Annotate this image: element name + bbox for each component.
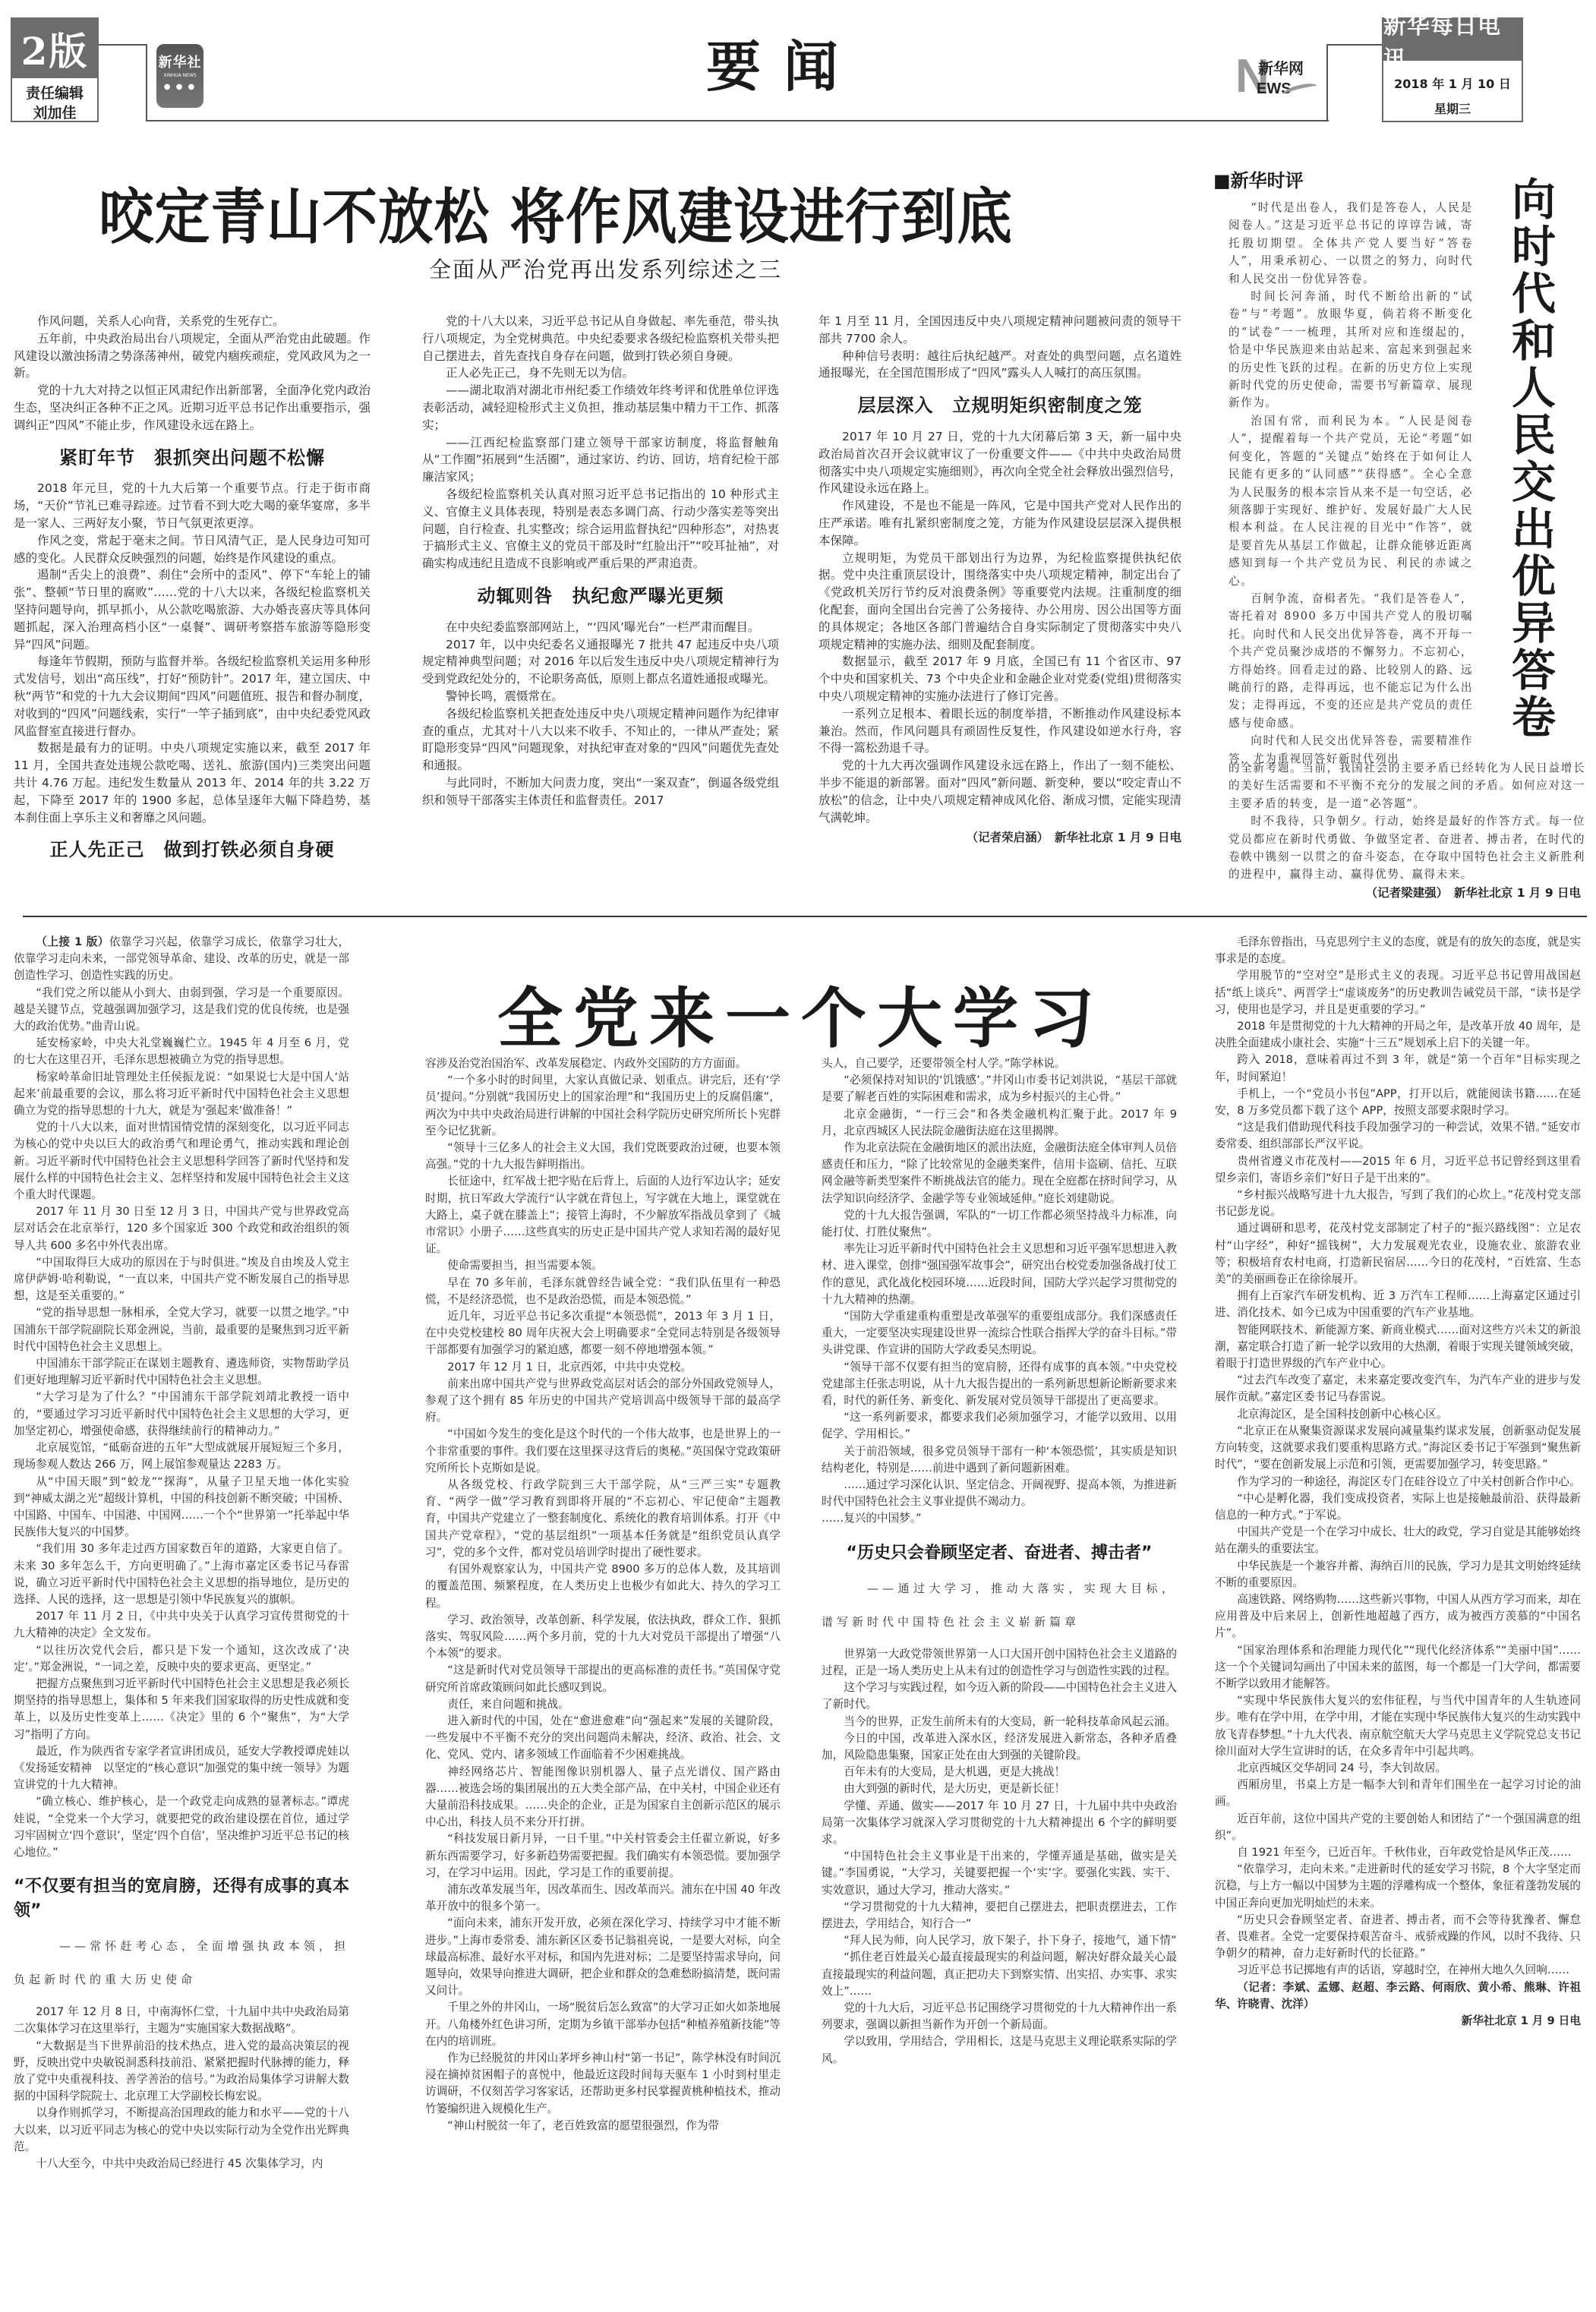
xinhuanet-logo: N 新华网 EWS	[1235, 53, 1319, 100]
masthead-rule	[1326, 44, 1383, 46]
paragraph: 每逢年节假期，预防与监督并举。各级纪检监察机关运用多种形式发信号，划出“高压线”…	[14, 653, 371, 740]
byline: （记者梁建强） 新华社北京 1 月 9 日电	[1366, 884, 1581, 901]
paragraph: “历史只会眷顾坚定者、奋进者、搏击者，而不会等待犹豫者、懈怠者、畏难者。全党一定…	[1215, 1912, 1581, 1963]
paragraph: 学习、政治领导，改革创新、科学发展，依法执政，群众工作、狠抓落实、驾驭风险……两…	[425, 1612, 781, 1663]
paragraph: “北京正在从聚集资源谋求发展向减量集约谋求发展，创新驱动促发展方向转变，这就要求…	[1215, 1423, 1581, 1474]
byline: 新华社北京 1 月 9 日电	[1215, 2013, 1581, 2030]
commentary-body-wide: 的全新考题。当前，我国社会的主要矛盾已经转化为人民日益增长的美好生活需要和不平衡…	[1229, 759, 1585, 884]
paragraph: “领导干部不仅要有担当的宽肩膀，还得有成事的真本领。”中央党校党建部主任张志明说…	[822, 1359, 1177, 1410]
paragraph: 2017 年 11 月 2 日，《中共中央关于认真学习宣传贯彻党的十九大精神的决…	[14, 1608, 349, 1642]
edition-number: 2版	[12, 19, 97, 78]
paragraph: 一系列立足根本、着眼长远的制度举措，不断推动作风建设标本兼治。然而，作风问题具有…	[819, 705, 1181, 757]
paragraph: “大数据是当下世界前沿的技术热点，进入党的最高决策层的视野，反映出党中央敏锐洞悉…	[14, 2038, 349, 2105]
top-story-column-2: 党的十八大以来，习近平总书记从自身做起、率先垂范，带头执行八项规定，为全党树典范…	[422, 313, 779, 809]
paragraph: 世界第一大政党带领世界第一人口大国开创中国特色社会主义道路的过程，正是一场人类历…	[822, 1646, 1177, 1680]
paragraph: 神经网络芯片、智能图像识别机器人、量子点光谱仪、国产路由器……被选会场的集团展出…	[425, 1764, 781, 1831]
editor-name: 刘加佳	[12, 103, 97, 123]
section-heading: “不仅要有担当的宽肩膀，还得有成事的真本领”	[14, 1875, 349, 1923]
paragraph: “国防大学重建重构重塑是改革强军的重要组成部分。我们深感责任重大，一定要坚决实现…	[822, 1308, 1177, 1359]
paragraph: 党的十九大后，习近平总书记围绕学习贯彻党的十九大精神作出一系列要求，强调以新担当…	[822, 2000, 1177, 2033]
paragraph: 中国共产党是一个在学习中成长、壮大的政党，学习自觉是其能够始终站在潮头的重要法宝…	[1215, 1524, 1581, 1557]
network-dots-icon: ● ● ●	[156, 83, 203, 91]
paragraph: 容涉及治党治国治军、改革发展稳定、内政外交国防的方方面面。	[425, 1055, 781, 1072]
bottom-story-column-3: 头人，自己要学，还要带领全村人学。”陈学林说。 “必须保持对知识的‘饥饿感’。”…	[822, 1055, 1177, 2068]
issue-date: 2018 年 1 月 10 日	[1383, 74, 1522, 92]
top-story-column-1: 作风问题，关系人心向背，关系党的生死存亡。 五年前，中央政治局出台八项规定，全面…	[14, 313, 371, 872]
paragraph: “中国如今发生的变化是这个时代的一个伟大故事，也是世界上的一个非常重要的事件。我…	[425, 1426, 781, 1477]
paragraph: 党的十八大以来，习近平总书记从自身做起、率先垂范，带头执行八项规定，为全党树典范…	[422, 313, 779, 364]
paragraph: “党的指导思想一脉相承，全党大学习，就要一以贯之地学。”中国浦东干部学院副院长郑…	[14, 1304, 349, 1355]
paragraph: “科技发展日新月异，一日千里。”中关村管委会主任翟立新说，好多新东西需要学习，好…	[425, 1831, 781, 1881]
paragraph: 各级纪检监察机关认真对照习近平总书记指出的 10 种形式主义、官僚主义具体表现，…	[422, 486, 779, 572]
paragraph: 年 1 月至 11 月，全国因违反中央八项规定精神问题被问责的领导干部共 770…	[819, 313, 1181, 348]
paragraph: 近百年前，这位中国共产党的主要创始人和团结了“一个强国满意的组织”。	[1215, 1811, 1581, 1844]
paragraph: 头人，自己要学，还要带领全村人学。”陈学林说。	[822, 1055, 1177, 1072]
paragraph: 从“中国天眼”到“蛟龙”“探海”，从量子卫星天地一体化实验到“神威太湖之光”超级…	[14, 1474, 349, 1541]
bottom-story-headline: 全党来一个大学习	[497, 966, 1105, 1060]
paragraph: “大学习是为了什么？”中国浦东干部学院刘靖北教授一语中的，“要通过学习习近平新时…	[14, 1389, 349, 1440]
paragraph: 北京海淀区，是全国科技创新中心核心区。	[1215, 1406, 1581, 1423]
section-subheading: ——常怀赶考心态，全面增强执政本领，担负起新时代的重大历史使命	[14, 1929, 349, 1996]
paragraph: “一个多小时的时间里，大家认真做记录、划重点。讲完后，还有‘学员’提问。”分别就…	[425, 1072, 781, 1140]
paragraph: 习近平总书记掷地有声的话语，穿越时空，在神州大地久久回响……	[1215, 1962, 1581, 1979]
xinhua-logo-en: XINHUA NEWS	[156, 73, 203, 78]
editor-role: 责任编辑	[12, 84, 97, 103]
paragraph: “依靠学习，走向未来。”走进新时代的延安学习书院，8 个大字坚定而沉稳，与上方一…	[1215, 1861, 1581, 1912]
paragraph: “中国特色社会主义事业是干出来的，学懂弄通是基础，做实是关键。”李国勇说，“大学…	[822, 1848, 1177, 1899]
paragraph: 2017 年 11 月 30 日至 12 月 3 日，中国共产党与世界政党高层对…	[14, 1203, 349, 1254]
paragraph: 从各级党校、行政学院到三大干部学院，从“三严三实”专题教育、“两学一做”学习教育…	[425, 1477, 781, 1561]
paragraph: 长征途中，红军战士把字贴在后背上，后面的人边行军边认字；延安时期，抗日军政大学流…	[425, 1173, 781, 1257]
paper-name-box: 新华每日电讯 2018 年 1 月 10 日 星期三	[1382, 17, 1523, 122]
paragraph: 党的十九大再次强调作风建设永远在路上，作出了一刻不能松、半步不能退的新部署。面对…	[819, 757, 1181, 826]
continued-from-label: （上接 1 版）	[36, 935, 109, 948]
paragraph: 五年前，中央政治局出台八项规定，全面从严治党由此破题。作风建设以激浊扬清之势涤荡…	[14, 330, 371, 382]
paragraph: 贵州省遵义市花茂村——2015 年 6 月，习近平总书记曾经到这里看望乡亲们，寄…	[1215, 1153, 1581, 1187]
paragraph: 千里之外的井冈山，一场“脱贫后怎么致富”的大学习正如火如荼地展开。八角楼外红色讲…	[425, 1999, 781, 2050]
paragraph: “国家治理体系和治理能力现代化”“现代化经济体系”“美丽中国”……这一个个关键词…	[1215, 1642, 1581, 1693]
paragraph: 中国浦东干部学院正在谋划主题教育、遴选师资，实物帮助学员们更好地理解习近平新时代…	[14, 1355, 349, 1389]
bottom-story-column-1: （上接 1 版）依靠学习兴起，依靠学习成长，依靠学习壮大，依靠学习走向未来，一部…	[14, 934, 349, 2172]
paragraph: 今日的中国，改革进入深水区，经济发展进入新常态，各种矛盾叠加，风险隐患集聚，国家…	[822, 1730, 1177, 1764]
paragraph: “这一系列新要求，都要求我们必须加强学习，才能学以致用、以用促学、学用相长。”	[822, 1409, 1177, 1443]
paragraph: 时间长河奔涌，时代不断给出新的“试卷”与“考题”。放眼华夏，倘若将不断变化的“试…	[1229, 288, 1473, 412]
top-story-column-3: 年 1 月至 11 月，全国因违反中央八项规定精神问题被问责的领导干部共 770…	[819, 313, 1181, 847]
paragraph: 北京金融街，“一行三会”和各类金融机构汇聚于此。2017 年 9 月，北京西城区…	[822, 1106, 1177, 1140]
paragraph: “抓住老百姓最关心最直接最现实的利益问题，解决好群众最关心最直接最现实的利益问题…	[822, 1949, 1177, 2000]
paragraph: 使命需要担当，担当需要本领。	[425, 1257, 781, 1274]
paragraph: “中国取得巨大成功的原因在于与时俱进。”埃及自由埃及人党主席伊萨姆·哈利勒说，“…	[14, 1254, 349, 1305]
paragraph: 中华民族是一个兼容并蓄、海纳百川的民族，学习力是其文明始终延续不断的重要原因。	[1215, 1558, 1581, 1591]
paragraph: “这是我们借助现代科技手段加强学习的一种尝试，效果不错。”延安市委常委、组织部部…	[1215, 1119, 1581, 1153]
paragraph: 学以致用，学用结合，学用相长，这是马克思主义理论联系实际的学风。	[822, 2033, 1177, 2067]
section-heading: “历史只会眷顾坚定者、奋进者、搏击者”	[822, 1541, 1177, 1566]
paragraph: 有国外观察家认为，中国共产党 8900 多万的总体人数，及其培训的覆盖范围、频繁…	[425, 1561, 781, 1612]
paragraph: “这是新时代对党员领导干部提出的更高标准的责任书。”英国保守党研究所首席政策顾问…	[425, 1662, 781, 1695]
section-subheading: ——通过大学习，推动大落实，实现大目标，谱写新时代中国特色社会主义崭新篇章	[822, 1572, 1177, 1639]
xinhua-logo-text: 新华社	[156, 52, 203, 71]
paragraph: 作风建设，不是也不能是一阵风，它是中国共产党对人民作出的庄严承诺。唯有扎紧织密制…	[819, 497, 1181, 549]
commentary-tag: ■新华时评	[1213, 166, 1304, 192]
paragraph: ……复兴的中国梦。”	[822, 1510, 1177, 1527]
section-heading: 正人先正己 做到打铁必须自身硬	[14, 841, 371, 859]
paragraph: “神山村脱贫一年了，老百姓致富的愿望很强烈，作为带	[425, 2118, 781, 2134]
paragraph: 把握方点聚焦到习近平新时代中国特色社会主义思想是我必须长期坚持的指导思想上，集体…	[14, 1676, 349, 1743]
section-title: 要闻	[706, 23, 861, 102]
paper-name: 新华每日电讯	[1383, 19, 1522, 61]
paragraph: 2018 年元旦，党的十九大后第一个重要节点。行走于街市商场，“天价”节礼已难寻…	[14, 480, 371, 531]
masthead-rule	[146, 44, 147, 121]
paragraph: 十八大至今，中共中央政治局已经进行 45 次集体学习，内	[14, 2156, 349, 2172]
paragraph: 种种信号表明：越往后执纪越严。对查处的典型问题，点名道姓通报曝光，在全国范围形成…	[819, 348, 1181, 383]
issue-weekday: 星期三	[1383, 99, 1522, 117]
paragraph: “乡村振兴战略写进十九大报告，写到了我们的心坎上。”花茂村党支部书记彭龙说。	[1215, 1187, 1581, 1220]
paragraph: ——湖北取消对湖北市州纪委工作绩效年终考评和优胜单位评选表彰活动，减轻迎检形式主…	[422, 382, 779, 434]
paragraph: “拜人民为师，向人民学习，放下架子，扑下身子，接地气，通下情”	[822, 1932, 1177, 1949]
paragraph: “以往历次党代会后，都只是下发一个通知，这次改成了‘决定’。”郑金洲说，“一词之…	[14, 1642, 349, 1676]
paragraph: 当今的世界，正发生前所未有的大变局，新一轮科技革命风起云涌。	[822, 1714, 1177, 1730]
masthead-rule	[146, 120, 1329, 121]
paragraph: 毛泽东曾指出，马克思列宁主义的态度，就是有的放矢的态度，就是实事求是的态度。	[1215, 934, 1581, 967]
paragraph: 西厢房里，书桌上方是一幅李大钊和青年们围坐在一起学习讨论的油画。	[1215, 1777, 1581, 1810]
xinhuanet-logo-text: 新华网	[1258, 56, 1304, 78]
paragraph: “面向未来，浦东开发开放，必须在深化学习、持续学习中才能不断进步。”上海市委常委…	[425, 1915, 781, 1999]
top-story-headline: 咬定青山不放松 将作风建设进行到底	[99, 169, 1013, 255]
paragraph: 学懂、弄通、做实——2017 年 10 月 27 日，十九届中共中央政治局第一次…	[822, 1798, 1177, 1849]
paragraph: 北京展览馆，“砥砺奋进的五年”大型成就展开展短短三个多月，现场参观人数达 266…	[14, 1440, 349, 1473]
paragraph: 警钟长鸣，震慑常在。	[422, 688, 779, 705]
edition-box: 2版 责任编辑 刘加佳	[11, 17, 99, 122]
section-divider	[23, 916, 1587, 917]
paragraph: 2017 年 12 月 8 日，中南海怀仁堂，十九届中共中央政治局第二次集体学习…	[14, 2004, 349, 2037]
paragraph: “中心是孵化器，我们变成投资者，实际上也是接触最前沿、获得最新信息的一种方式。”…	[1215, 1490, 1581, 1524]
paragraph: 杨家岭革命旧址管理处主任侯振龙说：“如果说七大是中国人‘站起来’前最重要的会议，…	[14, 1069, 349, 1120]
paragraph: 手机上，一个“党员小书包”APP，打开以后，就能阅读书籍……在延安，8 万多党员…	[1215, 1086, 1581, 1119]
paragraph: “我们用 30 多年走过西方国家数百年的道路，大家更自信了。未来 30 多年怎么…	[14, 1541, 349, 1608]
paragraph: 由大到强的新时代，是大历史，更是新长征！	[822, 1781, 1177, 1797]
bottom-story-column-4: 毛泽东曾指出，马克思列宁主义的态度，就是有的放矢的态度，就是实事求是的态度。 学…	[1215, 934, 1581, 2030]
xinhua-agency-logo: 新华社 XINHUA NEWS ● ● ●	[156, 44, 203, 108]
paragraph: 早在 70 多年前，毛泽东就曾经告诫全党：“我们队伍里有一种恐慌，不是经济恐慌，…	[425, 1275, 781, 1308]
paragraph: 党的十八大以来，面对世情国情党情的深刻变化，以习近平同志为核心的党中央以巨大的政…	[14, 1119, 349, 1203]
paragraph: 百舸争流，奋楫者先。“我们是答卷人”，寄托着对 8900 多万中国共产党人的殷切…	[1229, 590, 1473, 732]
paragraph: 自 1921 年至今，已近百年。千秋伟业，百年政党恰是风华正茂……	[1215, 1844, 1581, 1861]
bottom-story-column-2: 容涉及治党治国治军、改革发展稳定、内政外交国防的方方面面。 “一个多小时的时间里…	[425, 1055, 781, 2134]
top-story-subhead: 全面从严治党再出发系列综述之三	[429, 253, 782, 284]
paragraph: 高速铁路、网络购物……这些新兴事物，中国人从西方学习而来，却在应用普及中后来居上…	[1215, 1591, 1581, 1642]
paragraph: “学习贯彻党的十九大精神，要把自己摆进去，把职责摆进去，工作摆进去，学用结合，知…	[822, 1899, 1177, 1932]
paragraph: 通过调研和思考，花茂村党支部制定了村子的“振兴路线图”：立足农村“山字经”，种好…	[1215, 1220, 1581, 1288]
paragraph: 率先让习近平新时代中国特色社会主义思想和习近平强军思想进入教材、进入课堂，创排“…	[822, 1241, 1177, 1308]
reporters-credit: （记者：李斌、孟娜、赵超、李云路、何雨欣、黄小希、熊琳、许祖华、许晓青、沈洋）	[1215, 1979, 1581, 2013]
paragraph: 作为北京法院在金融街地区的派出法庭，金融街法庭全体审判人员倍感责任和压力，“除了…	[822, 1140, 1177, 1207]
paragraph: 作风问题，关系人心向背，关系党的生死存亡。	[14, 313, 371, 330]
paragraph: 作风之变，常起于毫末之间。节日风清气正，是人民身边可知可感的变化。人民群众反映强…	[14, 532, 371, 567]
paragraph: 学用脱节的“空对空”是形式主义的表现。习近平总书记曾用战国赵括“纸上谈兵”、两晋…	[1215, 967, 1581, 1018]
paragraph: 的全新考题。当前，我国社会的主要矛盾已经转化为人民日益增长的美好生活需要和不平衡…	[1229, 759, 1585, 812]
paragraph: 拥有上百家汽车研发机构、近 3 万汽车工程师……上海嘉定区通过引进、消化技术、如…	[1215, 1288, 1581, 1321]
paragraph: 2018 年是贯彻党的十九大精神的开局之年，是改革开放 40 周年，是决胜全面建…	[1215, 1018, 1581, 1052]
paragraph: 作为已经脱贫的井冈山茅坪乡神山村“第一书记”，陈学林没有时间沉浸在摘掉贫困帽子的…	[425, 2050, 781, 2118]
paragraph: 遏制“舌尖上的浪费”、刹住“会所中的歪风”、停下“车轮上的铺张”、整顿“节日里的…	[14, 566, 371, 653]
paragraph: 作为学习的一种途径，海淀区专门在硅谷设立了中关村创新合作中心。	[1215, 1474, 1581, 1490]
section-heading: 动辄则咎 执纪愈严曝光更频	[422, 588, 779, 605]
paragraph: 2017 年 12 月 1 日，北京西郊，中共中央党校。	[425, 1359, 781, 1376]
section-heading: 层层深入 立规明矩织密制度之笼	[819, 397, 1181, 415]
paragraph: 智能网联技术、新能源方案、新商业模式……面对这些方兴未艾的新浪潮，嘉定联合打造了…	[1215, 1322, 1581, 1373]
paragraph: 在中央纪委监察部网站上，“‘四风’曝光台”一栏严肃而醒目。	[422, 619, 779, 636]
paragraph: 进入新时代的中国，处在“愈进愈难”向“强起来”发展的关键阶段，一些发展中不平衡不…	[425, 1713, 781, 1764]
paragraph: 治国有常，而利民为本。“人民是阅卷人”，提醒着每一个共产党员，无论“考题”如何变…	[1229, 412, 1473, 590]
paragraph: 与此同时，不断加大问责力度，突出“一案双查”，倒逼各级党组织和领导干部落实主体责…	[422, 774, 779, 809]
commentary-title: 向时代和人民交出优异答卷	[1509, 176, 1558, 741]
paragraph: 2017 年，以中央纪委名义通报曝光 7 批共 47 起违反中央八项规定精神典型…	[422, 636, 779, 688]
paragraph: 党的十九大对持之以恒正风肃纪作出新部署，全面净化党内政治生态，坚决纠正各种不正之…	[14, 382, 371, 434]
paragraph: “时代是出卷人，我们是答卷人，人民是阅卷人。”这是习近平总书记的谆谆告诫，寄托殷…	[1229, 199, 1473, 288]
paragraph: 正人必先正己，身不先则无以为信。	[422, 364, 779, 382]
paragraph: ——江西纪检监察部门建立领导干部家访制度，将监督触角从“工作圈”拓展到“生活圈”…	[422, 434, 779, 486]
paragraph: 这个学习与实践过程，如今迈入新的阶段——中国特色社会主义进入了新时代。	[822, 1680, 1177, 1713]
paragraph: 浦东改革发展当年，因改革而生、因改革而兴。浦东在中国 40 年改革开放中的很多个…	[425, 1881, 781, 1915]
paragraph: ……通过学习深化认识、坚定信念、开阔视野、提高本领，为推进新时代中国特色社会主义…	[822, 1477, 1177, 1510]
masthead-rule	[1326, 44, 1328, 121]
paragraph: 数据是最有力的证明。中央八项规定实施以来，截至 2017 年 11 月，全国共查…	[14, 740, 371, 826]
paragraph: 2017 年 10 月 27 日，党的十九大闭幕后第 3 天，新一届中央政治局首…	[819, 428, 1181, 497]
paragraph: “确立核心、维护核心，是一个政党走向成熟的显著标志。”谭虎娃说，“全党来一个大学…	[14, 1793, 349, 1861]
paragraph: 关于前沿领域，很多党员领导干部有一种‘本领恐慌’，其实质是知识结构老化，特别是……	[822, 1443, 1177, 1477]
paragraph: “过去汽车改变了嘉定，未来嘉定要改变汽车，为汽车产业的进步与发展作贡献。”嘉定区…	[1215, 1372, 1581, 1405]
paragraph: 以身作则抓学习，不断提高治国理政的能力和水平——党的十八大以来，以习近平同志为核…	[14, 2105, 349, 2156]
paragraph: “我们党之所以能从小到大、由弱到强，学习是一个重要原因。越是关键节点，党越强调加…	[14, 985, 349, 1036]
paragraph: 北京西城区交华胡同 24 号，李大钊故居。	[1215, 1760, 1581, 1777]
paragraph: 立规明矩，为党员干部划出行为边界，为纪检监察提供执纪依据。党中央注重顶层设计，围…	[819, 550, 1181, 654]
paragraph: 各级纪检监察机关把查处违反中央八项规定精神问题作为纪律审查的重点，尤其对十八大以…	[422, 705, 779, 774]
byline: （记者荣启涵） 新华社北京 1 月 9 日电	[819, 829, 1181, 847]
paragraph: 近几年，习近平总书记多次重提“本领恐慌”，2013 年 3 月 1 日，在中央党…	[425, 1308, 781, 1359]
paragraph: “实现中华民族伟大复兴的宏伟征程，与当代中国青年的人生轨迹同步。唯有在学中用，在…	[1215, 1692, 1581, 1760]
paragraph: 责任，来自问题和挑战。	[425, 1696, 781, 1713]
masthead-rule	[99, 44, 147, 46]
paragraph: 最近，作为陕西省专家学者宣讲团成员，延安大学教授谭虎娃以《发扬延安精神 以坚定的…	[14, 1743, 349, 1794]
paragraph: “必须保持对知识的‘饥饿感’。”井冈山市委书记刘洪说，“基层干部就是要了解老百姓…	[822, 1072, 1177, 1106]
paragraph: 数据显示，截至 2017 年 9 月底，全国已有 11 个省区市、97 个中央和…	[819, 653, 1181, 705]
paragraph: 跨入 2018，意味着再过不到 3 年，就是“第一个百年”目标实现之年，时间紧迫…	[1215, 1052, 1581, 1085]
paragraph: “领导十三亿多人的社会主义大国，我们党既要政治过硬，也要本领高强。”党的十九大报…	[425, 1140, 781, 1173]
section-heading: 紧盯年节 狠抓突出问题不松懈	[14, 449, 371, 467]
paragraph: 前来出席中国共产党与世界政党高层对话会的部分外国政党领导人，参观了这个拥有 85…	[425, 1376, 781, 1427]
paragraph: 党的十九大报告强调，军队的“一切工作都必须坚持战斗力标准，向能打仗、打胜仗聚焦”…	[822, 1207, 1177, 1241]
commentary-body: “时代是出卷人，我们是答卷人，人民是阅卷人。”这是习近平总书记的谆谆告诫，寄托殷…	[1229, 199, 1473, 768]
paragraph: 百年未有的大变局，是大机遇，更是大挑战！	[822, 1764, 1177, 1781]
paragraph: 时不我待，只争朝夕。行动，始终是最好的作答方式。每一位党员都应在新时代勇做、争做…	[1229, 812, 1585, 884]
paragraph: 延安杨家岭，中央大礼堂巍巍伫立。1945 年 4 月至 6 月，党的七大在这里召…	[14, 1035, 349, 1068]
